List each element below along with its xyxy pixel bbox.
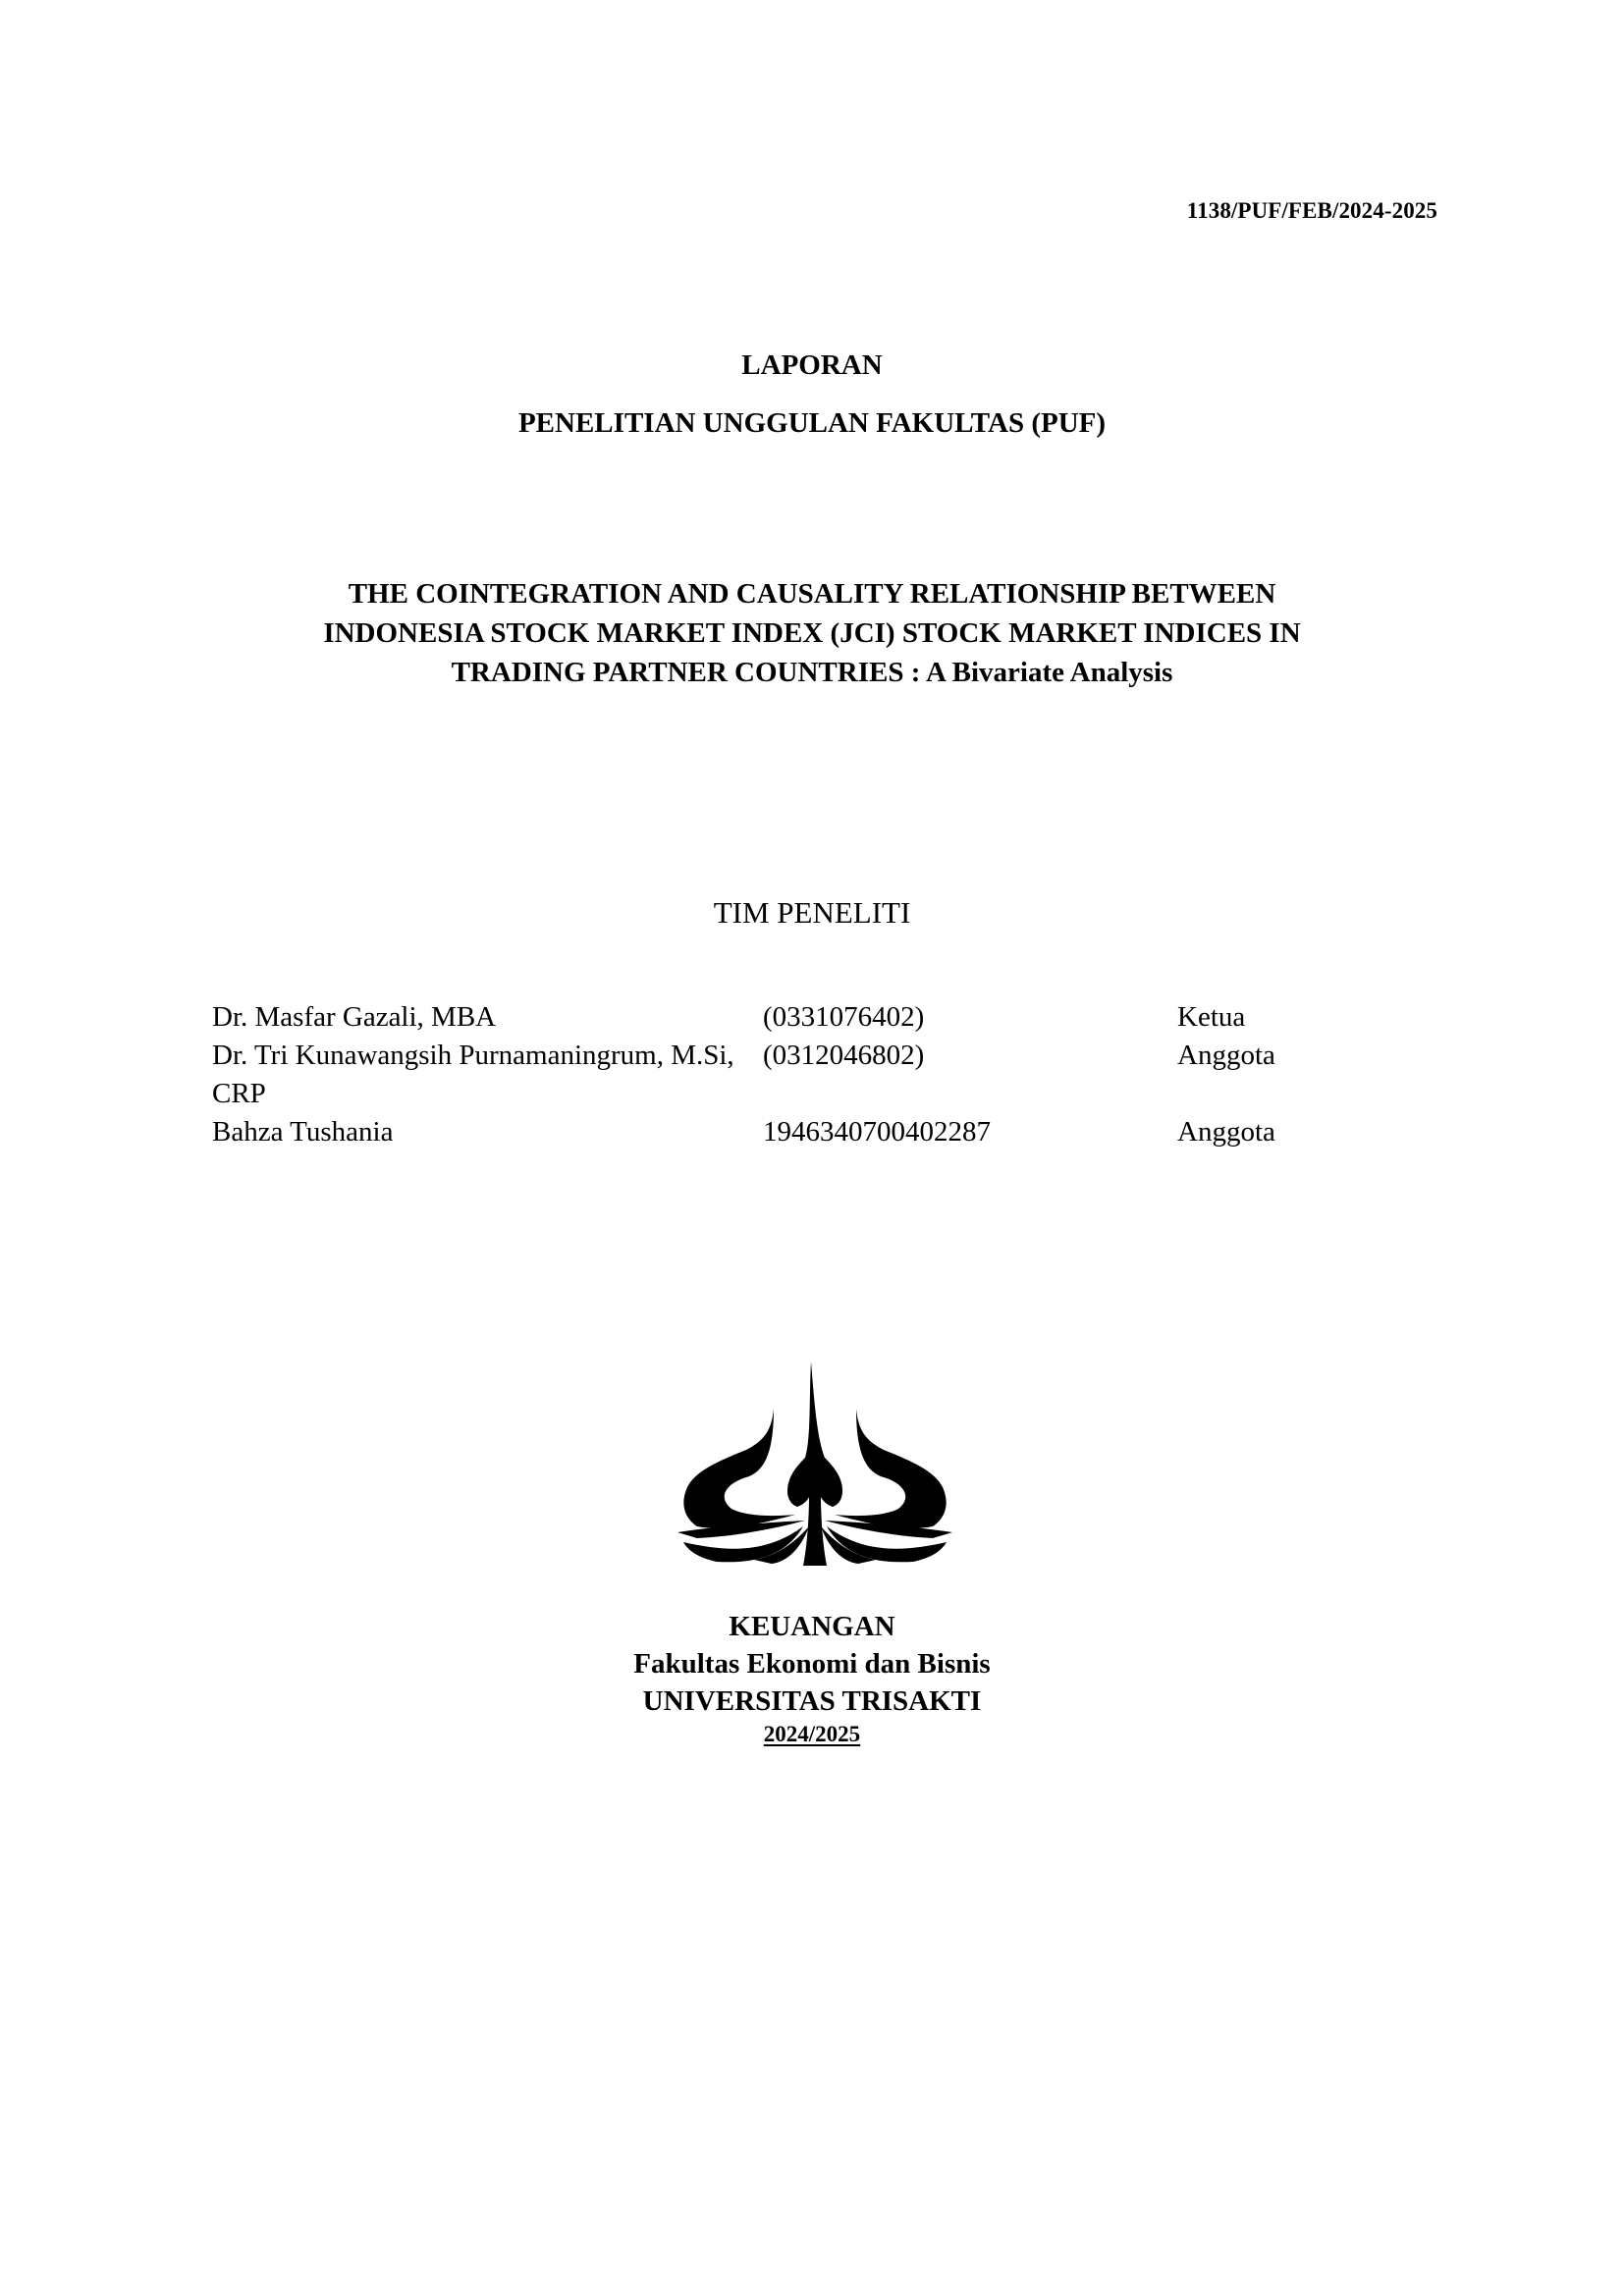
reference-number: 1138/PUF/FEB/2024-2025 [1187,198,1437,224]
institution-block: KEUANGAN Fakultas Ekonomi dan Bisnis UNI… [0,1608,1624,1749]
team-member-id: (0331076402) [763,998,924,1037]
team-member-role: Anggota [1177,1113,1275,1151]
research-title-line: INDONESIA STOCK MARKET INDEX (JCI) STOCK… [0,614,1624,653]
universitas-trisakti-emblem-icon [677,1360,952,1568]
team-member-name: Bahza Tushania [212,1113,762,1151]
team-member-role: Ketua [1177,998,1245,1037]
research-title-line: TRADING PARTNER COUNTRIES : A Bivariate … [0,653,1624,692]
faculty-name: Fakultas Ekonomi dan Bisnis [0,1645,1624,1682]
university-name: UNIVERSITAS TRISAKTI [0,1682,1624,1720]
report-label: LAPORAN [0,349,1624,382]
research-title-line: THE COINTEGRATION AND CAUSALITY RELATION… [0,574,1624,614]
research-title: THE COINTEGRATION AND CAUSALITY RELATION… [0,574,1624,692]
team-member-role: Anggota [1177,1037,1275,1075]
team-heading: TIM PENELITI [0,895,1624,931]
team-member-name: Dr. Masfar Gazali, MBA [212,998,762,1037]
team-member-name: Dr. Tri Kunawangsih Purnamaningrum, M.Si… [212,1037,762,1113]
team-member-id: (0312046802) [763,1037,924,1075]
department-name: KEUANGAN [0,1608,1624,1645]
program-title: PENELITIAN UNGGULAN FAKULTAS (PUF) [0,407,1624,440]
academic-year: 2024/2025 [0,1720,1624,1749]
team-member-id: 1946340700402287 [763,1113,991,1151]
